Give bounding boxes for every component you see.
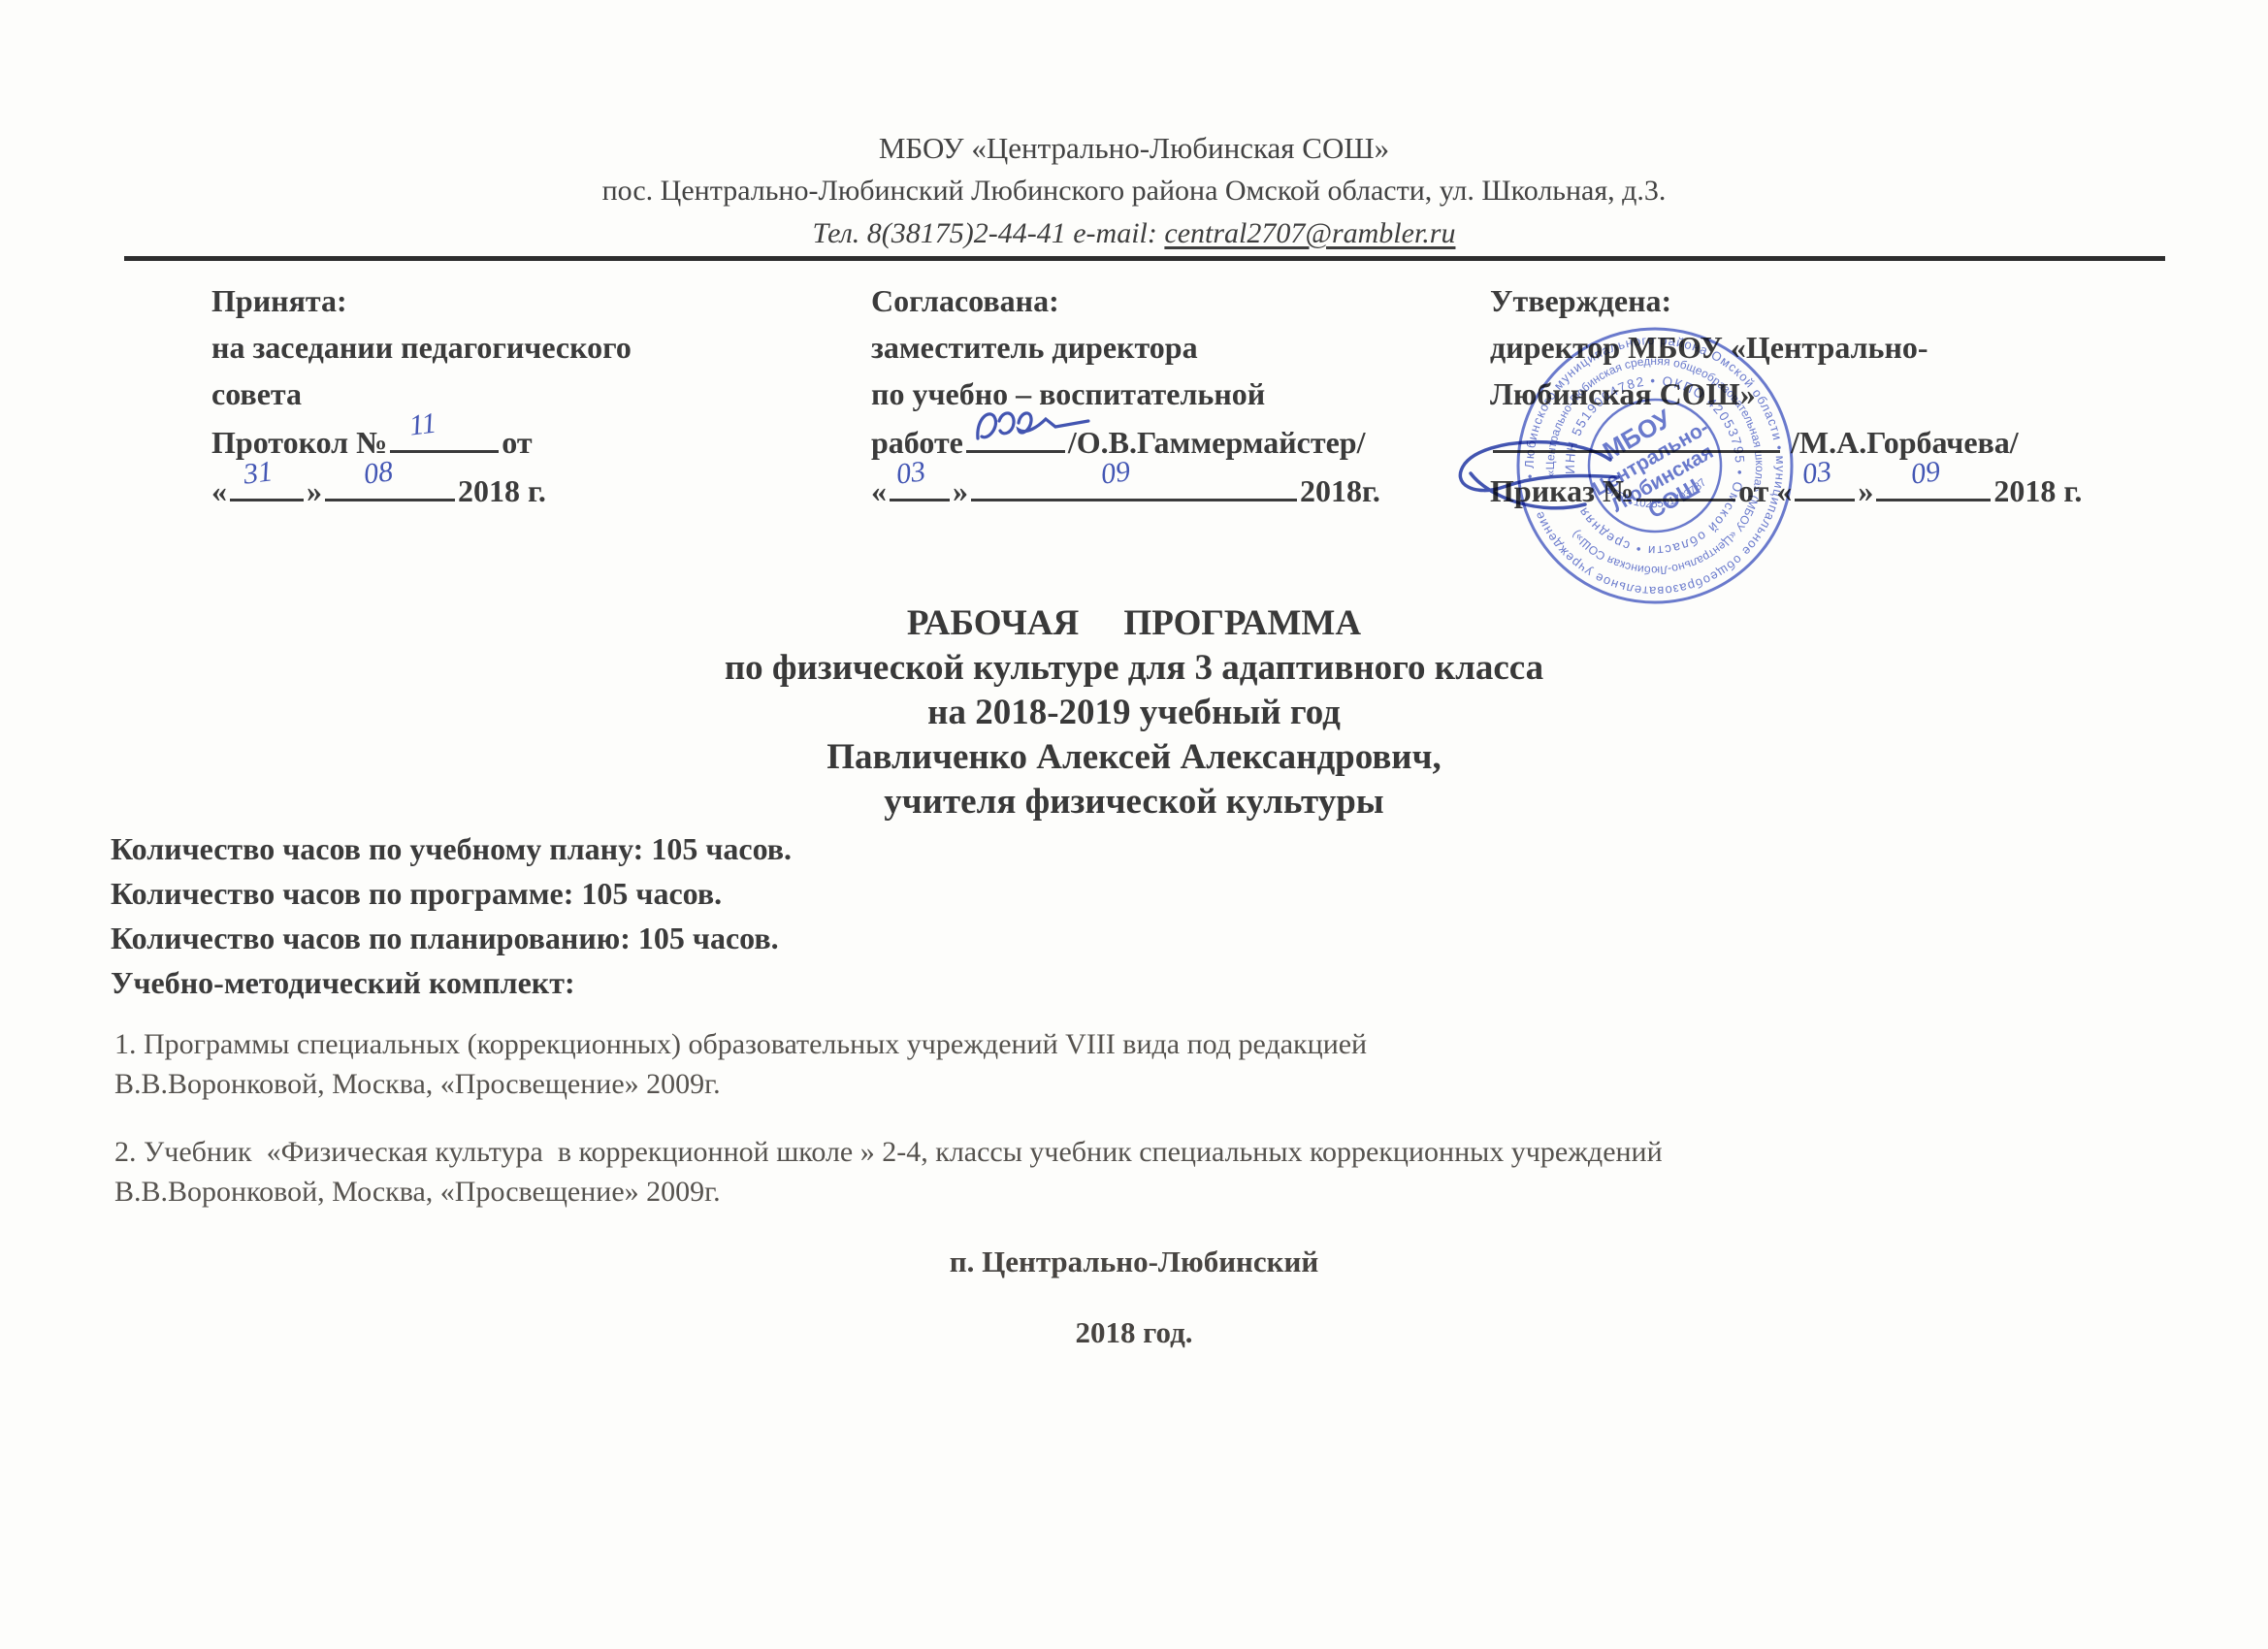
approval-accepted-column: Принята: на заседании педагогического со… [211, 277, 632, 514]
hours-block: Количество часов по учебному плану: 105 … [111, 826, 792, 1005]
hours-program: Количество часов по программе: 105 часов… [111, 871, 792, 916]
program-subject: по физической культуре для 3 адаптивного… [0, 646, 2268, 691]
contacts-prefix: Тел. 8(38175)2-44-41 e-mail: [813, 217, 1165, 249]
bib-2-line-2: В.В.Воронковой, Москва, «Просвещение» 20… [114, 1172, 1663, 1212]
header-divider-line [124, 256, 2165, 261]
bibliography-item: 2. Учебник «Физическая культура в коррек… [114, 1132, 1663, 1212]
program-year: на 2018-2019 учебный год [0, 691, 2268, 735]
school-address: пос. Центрально-Любинский Любинского рай… [0, 170, 2268, 212]
quote-open: « [211, 473, 227, 508]
bib-1-line-1: 1. Программы специальных (коррекционных)… [114, 1024, 1663, 1064]
order-month-handwritten: 09 [1908, 448, 1943, 498]
school-name: МБОУ «Центрально-Любинская СОШ» [0, 126, 2268, 170]
footer-year: 2018 год. [0, 1315, 2268, 1350]
accepted-body1: на заседании педагогического [211, 324, 632, 371]
accepted-year: 2018 г. [458, 473, 546, 508]
accepted-month-handwritten: 08 [361, 448, 396, 498]
protocol-number-blank: 11 [390, 417, 499, 453]
school-stamp: • Любинского муниципального района Омско… [1495, 306, 1815, 626]
agreed-day-handwritten: 03 [894, 448, 929, 498]
umk-heading: Учебно-методический комплект: [111, 960, 792, 1005]
protocol-suffix: от [502, 425, 532, 460]
title-block: РАБОЧАЯ ПРОГРАММА по физической культуре… [0, 601, 2268, 824]
bib-2-line-1: 2. Учебник «Физическая культура в коррек… [114, 1132, 1663, 1172]
approval-agreed-column: Согласована: заместитель директора по уч… [871, 277, 1380, 514]
bibliography: 1. Программы специальных (коррекционных)… [114, 1024, 1663, 1240]
accepted-date-line: «31»082018 г. [211, 466, 632, 514]
hours-plan: Количество часов по учебному плану: 105 … [111, 826, 792, 871]
order-day-handwritten: 03 [1799, 448, 1834, 498]
protocol-line: Протокол №11от [211, 417, 632, 466]
teacher-role: учителя физической культуры [0, 780, 2268, 824]
agreed-body2: по учебно – воспитательной [871, 371, 1380, 417]
scanned-document-page: МБОУ «Центрально-Любинская СОШ» пос. Цен… [0, 0, 2268, 1649]
approved-title: Утверждена: [1490, 277, 2082, 324]
agreed-title: Согласована: [871, 277, 1380, 324]
email-text: central2707@rambler.ru [1164, 217, 1455, 249]
agreed-month-handwritten: 09 [1099, 448, 1134, 498]
teacher-name: Павличенко Алексей Александрович, [0, 735, 2268, 780]
document-header: МБОУ «Центрально-Любинская СОШ» пос. Цен… [0, 126, 2268, 254]
agreed-body1: заместитель директора [871, 324, 1380, 371]
accepted-title: Принята: [211, 277, 632, 324]
quote-open: « [871, 473, 887, 508]
accepted-day-blank: 31 [230, 466, 304, 501]
school-contacts: Тел. 8(38175)2-44-41 e-mail: central2707… [0, 212, 2268, 254]
quote-close: » [1858, 473, 1873, 508]
quote-close: » [953, 473, 968, 508]
agreed-date-line: «03»092018г. [871, 466, 1380, 514]
program-title: РАБОЧАЯ ПРОГРАММА [0, 601, 2268, 646]
quote-close: » [307, 473, 322, 508]
order-month-blank: 09 [1876, 466, 1991, 501]
footer-place: п. Центрально-Любинский [0, 1245, 2268, 1279]
order-year: 2018 г. [1993, 473, 2082, 508]
bibliography-item: 1. Программы специальных (коррекционных)… [114, 1024, 1663, 1104]
accepted-month-blank: 08 [325, 466, 455, 501]
bib-1-line-2: В.В.Воронковой, Москва, «Просвещение» 20… [114, 1064, 1663, 1104]
deputy-director-signature [970, 398, 1096, 456]
hours-planning: Количество часов по планированию: 105 ча… [111, 916, 792, 960]
agreed-year: 2018г. [1300, 473, 1380, 508]
agreed-month-blank: 09 [971, 466, 1297, 501]
agreed-day-blank: 03 [890, 466, 950, 501]
accepted-day-handwritten: 31 [241, 448, 275, 498]
